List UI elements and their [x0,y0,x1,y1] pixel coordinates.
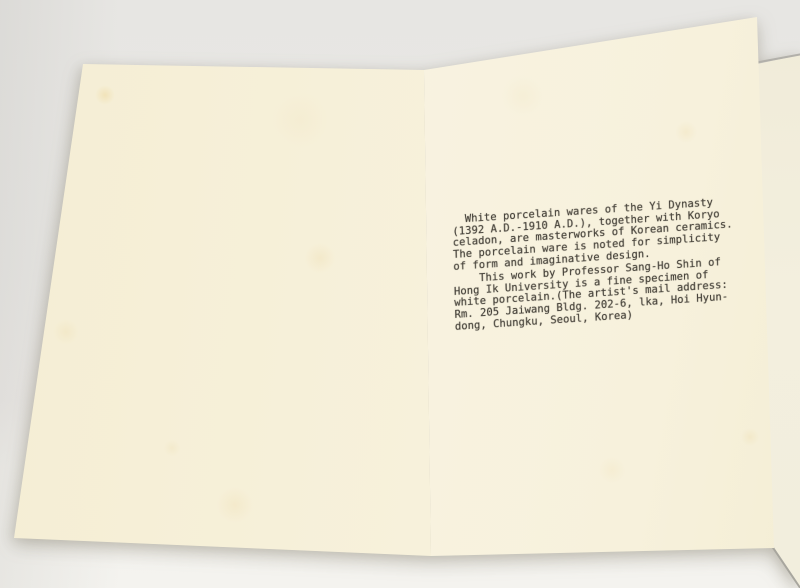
photo-of-open-card: White porcelain wares of the Yi Dynasty … [0,0,800,588]
greeting-card: White porcelain wares of the Yi Dynasty … [0,0,800,588]
typed-note: White porcelain wares of the Yi Dynasty … [452,196,735,333]
